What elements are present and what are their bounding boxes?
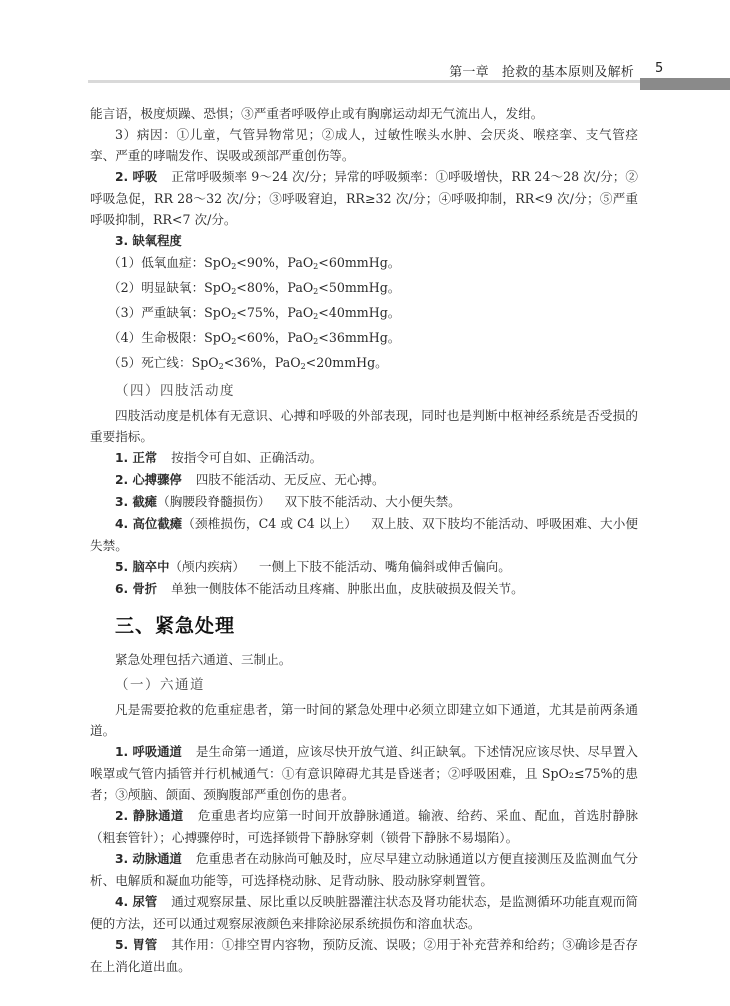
hypoxia-item: （4）生命极限：SpO2<60%，PaO2<36mmHg。: [90, 327, 638, 352]
limb-item: 6. 骨折单独一侧肢体不能活动且疼痛、肿胀出血，皮肤破损及假关节。: [90, 578, 638, 600]
section-subheading-limbs: （四）四肢活动度: [90, 381, 638, 402]
paragraph-emergency-intro: 紧急处理包括六通道、三制止。: [90, 649, 638, 670]
hypoxia-item: （1）低氧血症：SpO2<90%，PaO2<60mmHg。: [90, 252, 638, 277]
item-label: 2. 呼吸: [115, 170, 157, 184]
header-page-tab: [640, 78, 730, 90]
chapter-title: 第一章 抢救的基本原则及解析: [449, 61, 634, 80]
hypoxia-heading: 3. 缺氧程度: [90, 230, 638, 252]
channel-item: 3. 动脉通道危重患者在动脉尚可触及时，应尽早建立动脉通道以方便直接测压及监测血…: [90, 848, 638, 891]
hypoxia-item: （5）死亡线：SpO2<36%，PaO2<20mmHg。: [90, 352, 638, 377]
paragraph-limbs-intro: 四肢活动度是机体有无意识、心搏和呼吸的外部表现，同时也是判断中枢神经系统是否受损…: [90, 405, 638, 447]
limb-item: 5. 脑卒中（颅内疾病）一侧上下肢不能活动、嘴角偏斜或伸舌偏向。: [90, 556, 638, 578]
header-rule: [88, 80, 640, 83]
channel-item: 5. 胃管其作用：①排空胃内容物，预防反流、误吸；②用于补充营养和给药；③确诊是…: [90, 934, 638, 977]
running-header: 第一章 抢救的基本原则及解析 5: [0, 59, 730, 99]
channel-item: 4. 尿管通过观察尿量、尿比重以反映脏器灌注状态及肾功能状态，是监测循环功能直观…: [90, 891, 638, 934]
hypoxia-item: （2）明显缺氧：SpO2<80%，PaO2<50mmHg。: [90, 277, 638, 302]
page-number: 5: [655, 61, 663, 76]
channel-item: 2. 静脉通道危重患者均应第一时间开放静脉通道。输液、给药、采血、配血，首选肘静…: [90, 805, 638, 848]
limb-item: 4. 高位截瘫（颈椎损伤，C4 或 C4 以上）双上肢、双下肢均不能活动、呼吸困…: [90, 513, 638, 556]
section-heading-emergency: 三、紧急处理: [115, 616, 638, 637]
paragraph-channels-intro: 凡是需要抢救的危重症患者，第一时间的紧急处理中必须立即建立如下通道，尤其是前两条…: [90, 699, 638, 741]
channel-item: 1. 呼吸通道是生命第一通道，应该尽快开放气道、纠正缺氧。下述情况应该尽快、尽早…: [90, 741, 638, 805]
paragraph-breathing: 2. 呼吸正常呼吸频率 9～24 次/分；异常的呼吸频率：①呼吸增快，RR 24…: [90, 166, 638, 230]
paragraph: 能言语，极度烦躁、恐惧；③严重者呼吸停止或有胸廓运动却无气流出人，发绀。: [90, 103, 638, 124]
paragraph-cause: 3）病因：①儿童，气管异物常见；②成人，过敏性喉头水肿、会厌炎、喉痉挛、支气管痉…: [90, 124, 638, 166]
limb-item: 2. 心搏骤停四肢不能活动、无反应、无心搏。: [90, 469, 638, 491]
limb-item: 3. 截瘫（胸腰段脊髓损伤）双下肢不能活动、大小便失禁。: [90, 491, 638, 513]
section-subheading-channels: （一）六通道: [90, 675, 638, 696]
hypoxia-item: （3）严重缺氧：SpO2<75%，PaO2<40mmHg。: [90, 302, 638, 327]
hypoxia-label: 3. 缺氧程度: [115, 234, 182, 248]
page-body: 能言语，极度烦躁、恐惧；③严重者呼吸停止或有胸廓运动却无气流出人，发绀。 3）病…: [90, 103, 638, 977]
item-text: 正常呼吸频率 9～24 次/分；异常的呼吸频率：①呼吸增快，RR 24～28 次…: [90, 169, 638, 227]
limb-item: 1. 正常按指令可自如、正确活动。: [90, 447, 638, 469]
